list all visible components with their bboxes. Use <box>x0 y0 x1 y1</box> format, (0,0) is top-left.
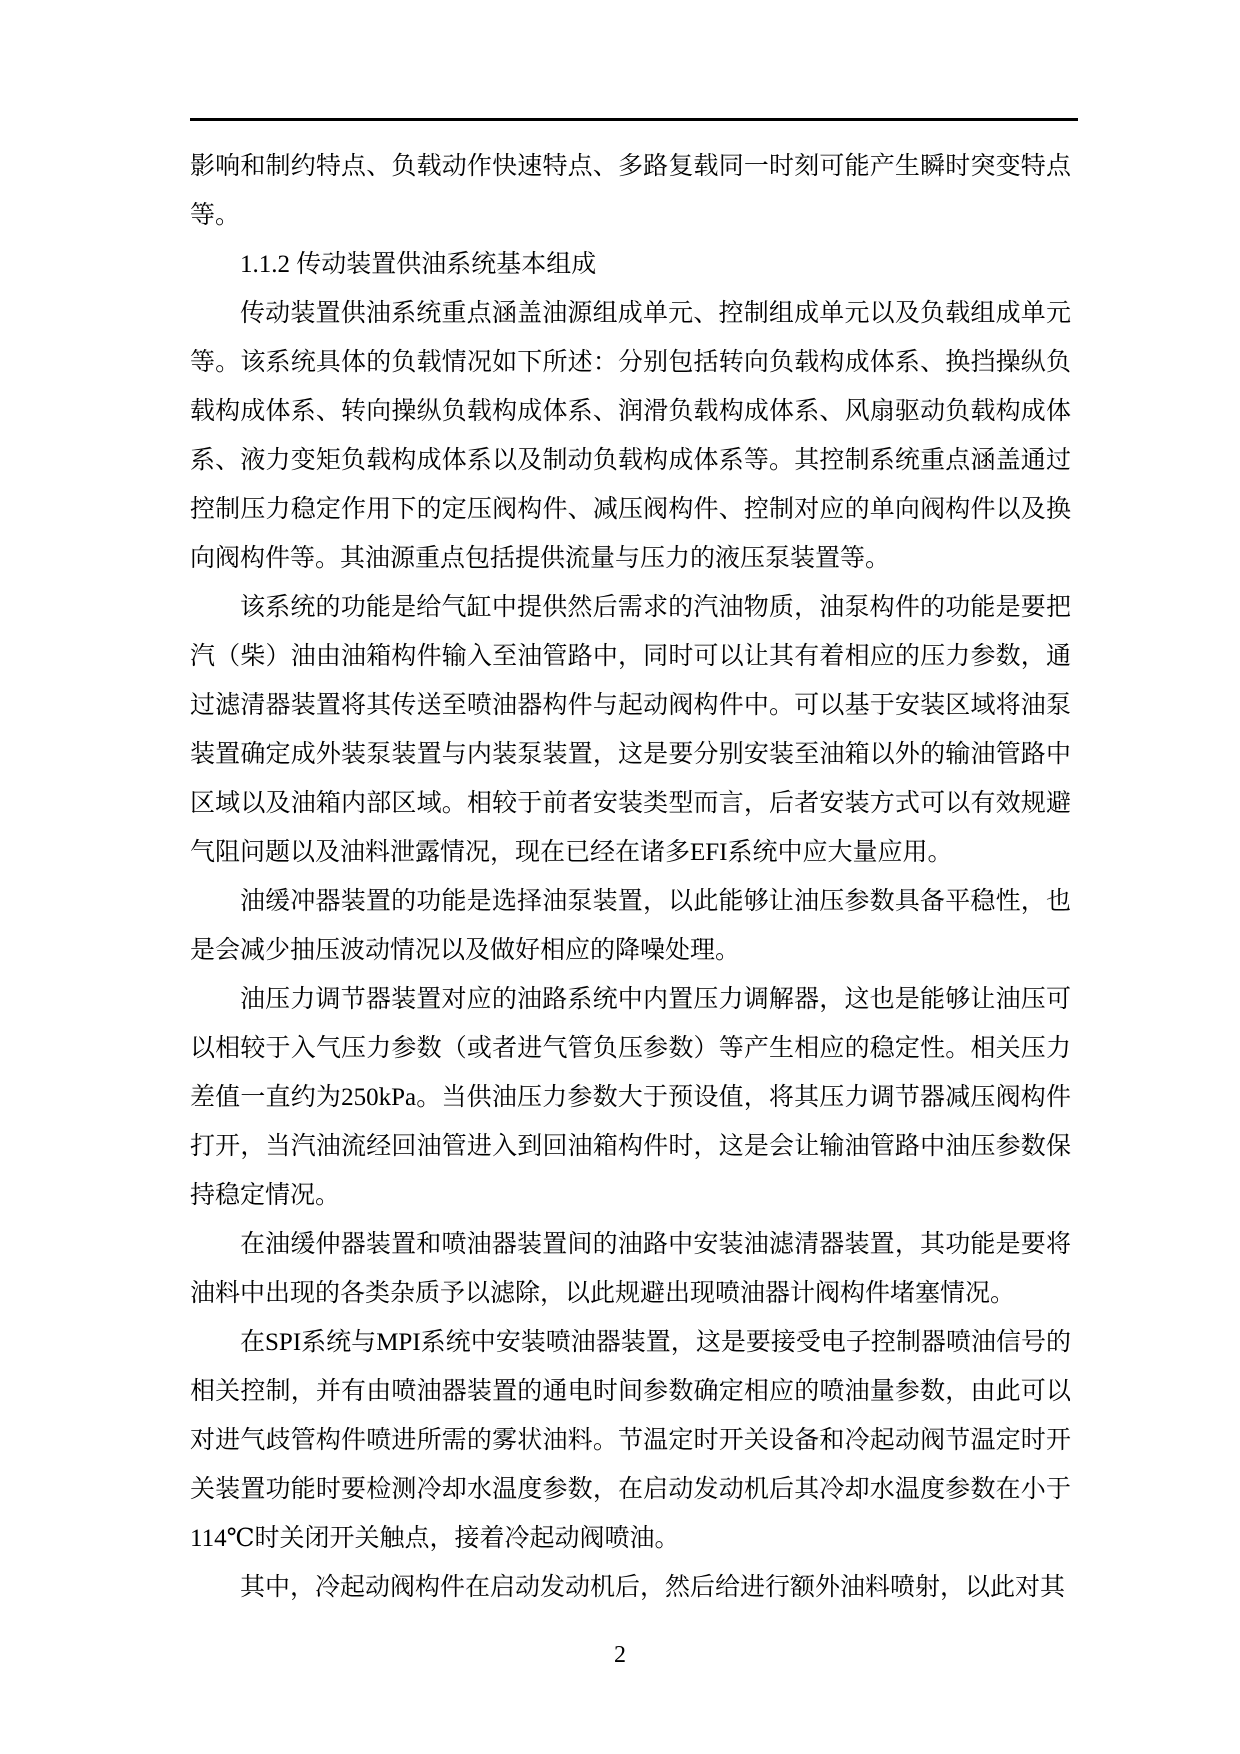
page-body: 影响和制约特点、负载动作快速特点、多路复载同一时刻可能产生瞬时突变特点等。 1.… <box>190 142 1071 1612</box>
section-heading-1-1-2: 1.1.2 传动装置供油系统基本组成 <box>190 240 1071 289</box>
paragraph-pressure-regulator: 油压力调节器装置对应的油路系统中内置压力调解器，这也是能够让油压可以相较于入气压… <box>190 975 1071 1220</box>
paragraph-spi-mpi-injector: 在SPI系统与MPI系统中安装喷油器装置，这是要接受电子控制器喷油信号的相关控制… <box>190 1318 1071 1563</box>
paragraph-system-function: 该系统的功能是给气缸中提供然后需求的汽油物质，油泵构件的功能是要把汽（柴）油由油… <box>190 583 1071 877</box>
paragraph-continuation: 影响和制约特点、负载动作快速特点、多路复载同一时刻可能产生瞬时突变特点等。 <box>190 142 1071 240</box>
header-rule <box>190 118 1078 121</box>
paragraph-oil-buffer: 油缓冲器装置的功能是选择油泵装置，以此能够让油压参数具备平稳性，也是会减少抽压波… <box>190 877 1071 975</box>
paragraph-cold-start-valve: 其中，冷起动阀构件在启动发动机后，然后给进行额外油料喷射，以此对其 <box>190 1563 1071 1612</box>
document-page: 影响和制约特点、负载动作快速特点、多路复载同一时刻可能产生瞬时突变特点等。 1.… <box>0 0 1240 1754</box>
page-number: 2 <box>0 1640 1240 1670</box>
paragraph-oil-filter: 在油缓仲器装置和喷油器装置间的油路中安装油滤清器装置，其功能是要将油料中出现的各… <box>190 1220 1071 1318</box>
paragraph-system-composition: 传动装置供油系统重点涵盖油源组成单元、控制组成单元以及负载组成单元等。该系统具体… <box>190 289 1071 583</box>
